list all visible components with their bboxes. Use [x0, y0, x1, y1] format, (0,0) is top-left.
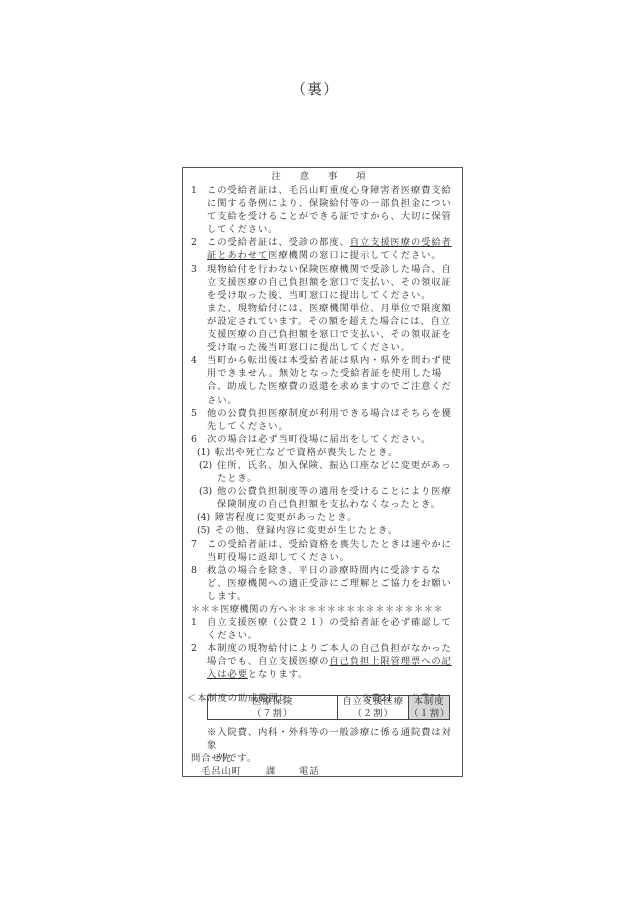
notice-subitem-1: (1) 転出や死亡などで資格が喪失したとき。 [183, 446, 462, 459]
scope-cell-jiritsu: 自立支援医療 （２割） [338, 696, 409, 720]
item-number: 7 [191, 538, 198, 551]
subitem-number: (4) [197, 511, 210, 524]
item-text-continued: また、現物給付には、医療機関単位、月単位で限度額が設定されています。その額を超え… [207, 302, 456, 354]
contact-town: 毛呂山町 [201, 765, 242, 778]
cell-ratio: （２割） [338, 708, 408, 720]
item-number: 2 [191, 236, 198, 249]
notice-item-3: 3 現物給付を行わない保険医療機関で受診した場合、自立支援医療の自己負担額を窓口… [183, 263, 462, 355]
item-number: 6 [191, 433, 198, 446]
medical-section-header: ＊＊＊医療機関の方へ＊＊＊＊＊＊＊＊＊＊＊＊＊＊＊＊ [183, 603, 462, 616]
item-text: 当町から転出後は本受給者証は県内・県外を問わず使用できません。無効となった受給者… [207, 355, 452, 405]
notice-item-5: 5 他の公費負担医療制度が利用できる場合はそちらを優先してください。 [183, 407, 462, 433]
subitem-text: 他の公費負担制度等の適用を受けることにより医療保険制度の自己負担額を支払わなくな… [217, 486, 452, 510]
item-text: 他の公費負担医療制度が利用できる場合はそちらを優先してください。 [207, 408, 452, 432]
scope-cell-insurance: 医療保険 （７割） [208, 696, 338, 720]
notice-box: 注 意 事 項 1 この受給者証は、毛呂山町重度心身障害者医療費支給に関する条例… [182, 167, 463, 777]
notice-subitem-4: (4) 障害程度に変更があったとき。 [183, 511, 462, 524]
contact-label: 問合せ先 [191, 752, 232, 765]
subitem-text: 住所、氏名、加入保険、振込口座などに変更があったとき。 [217, 460, 451, 484]
contact-department: 課 [266, 765, 276, 778]
item-number: 8 [191, 564, 198, 577]
cell-name: 本制度 [409, 696, 449, 708]
subitem-number: (2) [199, 459, 212, 472]
medical-item-1: 1 自立支援医療（公費２１）の受給者証を必ず確認してください。 [183, 616, 462, 642]
subitem-number: (3) [199, 485, 212, 498]
notice-subitem-5: (5) その他、登録内容に変更が生じたとき。 [183, 524, 462, 537]
subitem-text: その他、登録内容に変更が生じたとき。 [215, 525, 398, 536]
item-number: 1 [191, 184, 198, 197]
subitem-number: (1) [197, 446, 210, 459]
notice-item-7: 7 この受給者証は、受給資格を喪失したときは速やかに当町役場に返却してください。 [183, 538, 462, 564]
item-text: この受給者証は、毛呂山町重度心身障害者医療費支給に関する条例により、保険給付等の… [207, 185, 452, 235]
notice-item-8: 8 救急の場合を除き、平日の診療時間内に受診するなど、医療機関への適正受診にご理… [183, 564, 462, 603]
subitem-text: 障害程度に変更があったとき。 [215, 512, 357, 523]
cell-name: 自立支援医療 [338, 696, 408, 708]
notice-item-4: 4 当町から転出後は本受給者証は県内・県外を問わず使用できません。無効となった受… [183, 354, 462, 406]
cell-ratio: （７割） [208, 708, 337, 720]
scope-table-row: 医療保険 （７割） 自立支援医療 （２割） 本制度 （１割） [208, 696, 450, 720]
footnote-line: ※入院費、内科・外科等の一般診療に係る通院費は対象 [207, 726, 457, 752]
page-heading: （裏） [0, 78, 630, 99]
item-text: この受給者証は、受給資格を喪失したときは速やかに当町役場に返却してください。 [207, 539, 452, 563]
notice-item-2: 2 この受給者証は、受診の都度、自立支援医療の受給者証とあわせて医療機関の窓口に… [183, 236, 462, 262]
item-text: 救急の場合を除き、平日の診療時間内に受診するなど、医療機関への適正受診にご理解と… [207, 565, 452, 602]
cell-name: 医療保険 [208, 696, 337, 708]
item-text: 自立支援医療（公費２１）の受給者証を必ず確認してください。 [207, 617, 452, 641]
item-text: この受給者証は、受診の都度、 [207, 237, 350, 248]
item-text: となります。 [248, 669, 308, 680]
item-number: 5 [191, 407, 198, 420]
item-number: 3 [191, 263, 198, 276]
footnote-line: 外です。 [207, 752, 457, 765]
scope-footnote: ※入院費、内科・外科等の一般診療に係る通院費は対象 外です。 [207, 726, 457, 765]
cell-ratio: （１割） [409, 708, 449, 720]
subitem-number: (5) [197, 524, 210, 537]
notice-title: 注 意 事 項 [183, 170, 462, 184]
item-number: 1 [191, 616, 198, 629]
notice-item-1: 1 この受給者証は、毛呂山町重度心身障害者医療費支給に関する条例により、保険給付… [183, 184, 462, 236]
contact-phone: 電話 [299, 765, 319, 778]
notice-subitem-3: (3) 他の公費負担制度等の適用を受けることにより医療保険制度の自己負担額を支払… [183, 485, 462, 511]
medical-item-2: 2 本制度の現物給付によりご本人の自己負担がなかった場合でも、自立支援医療の自己… [183, 642, 462, 681]
subitem-text: 転出や死亡などで資格が喪失したとき。 [215, 447, 398, 458]
notice-item-6: 6 次の場合は必ず当町役場に届出をしてください。 [183, 433, 462, 446]
item-text: 医療機関の窓口に提示してください。 [268, 250, 441, 261]
notice-subitem-2: (2) 住所、氏名、加入保険、振込口座などに変更があったとき。 [183, 459, 462, 485]
item-number: 4 [191, 354, 198, 367]
item-text: 次の場合は必ず当町役場に届出をしてください。 [207, 434, 431, 445]
scope-table: 医療保険 （７割） 自立支援医療 （２割） 本制度 （１割） [207, 695, 450, 720]
scope-cell-this-system: 本制度 （１割） [409, 696, 450, 720]
item-number: 2 [191, 642, 198, 655]
item-text: 現物給付を行わない保険医療機関で受診した場合、自立支援医療の自己負担額を窓口で支… [207, 264, 452, 301]
